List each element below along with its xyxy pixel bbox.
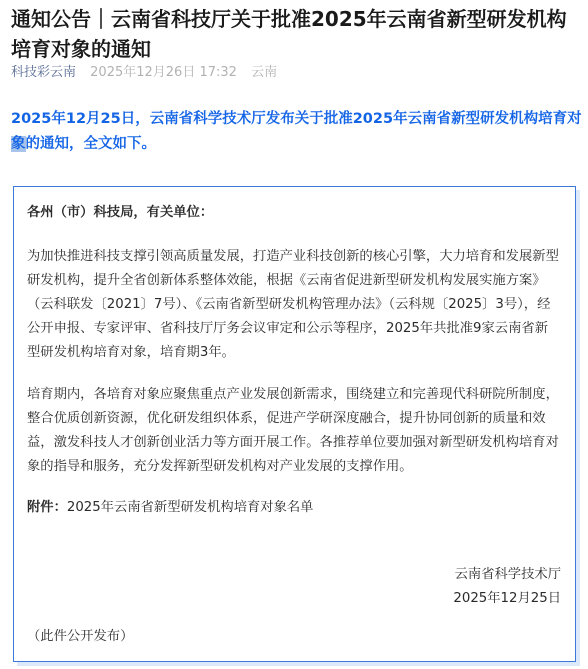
notice-signer: 云南省科学技术厅	[27, 563, 561, 587]
attachment-label: 附件：	[27, 500, 67, 515]
publish-region: 云南	[251, 65, 277, 80]
lead-text-before: 2025年12月25日，云南省科学技术厅发布关于批准2025年云南省新型研发机构…	[11, 111, 582, 127]
notice-sign-date: 2025年12月25日	[27, 587, 561, 611]
selected-text[interactable]: 象	[11, 136, 26, 152]
notice-salutation: 各州（市）科技局，有关单位：	[27, 201, 561, 225]
notice-paragraph-2: 培育期内，各培育对象应聚焦重点产业发展创新需求，围绕建立和完善现代科研院所制度，…	[27, 383, 561, 479]
notice-paragraph-1: 为加快推进科技支撑引领高质量发展，打造产业科技创新的核心引擎，大力培育和发展新型…	[27, 245, 561, 365]
source-account-link[interactable]: 科技彩云南	[11, 65, 76, 80]
lead-text-after: 的通知，全文如下。	[26, 136, 157, 152]
notice-public-note: （此件公开发布）	[27, 625, 561, 649]
article-title: 通知公告｜云南省科技厅关于批准2025年云南省新型研发机构培育对象的通知	[11, 4, 581, 64]
article-meta: 科技彩云南 2025年12月26日 17:32 云南	[11, 64, 277, 82]
notice-attachment: 附件：2025年云南省新型研发机构培育对象名单	[27, 496, 561, 520]
lead-paragraph: 2025年12月25日，云南省科学技术厅发布关于批准2025年云南省新型研发机构…	[11, 107, 583, 157]
publish-time: 2025年12月26日 17:32	[90, 65, 237, 80]
attachment-name: 2025年云南省新型研发机构培育对象名单	[67, 500, 314, 515]
notice-document-box: 各州（市）科技局，有关单位： 为加快推进科技支撑引领高质量发展，打造产业科技创新…	[13, 186, 576, 662]
